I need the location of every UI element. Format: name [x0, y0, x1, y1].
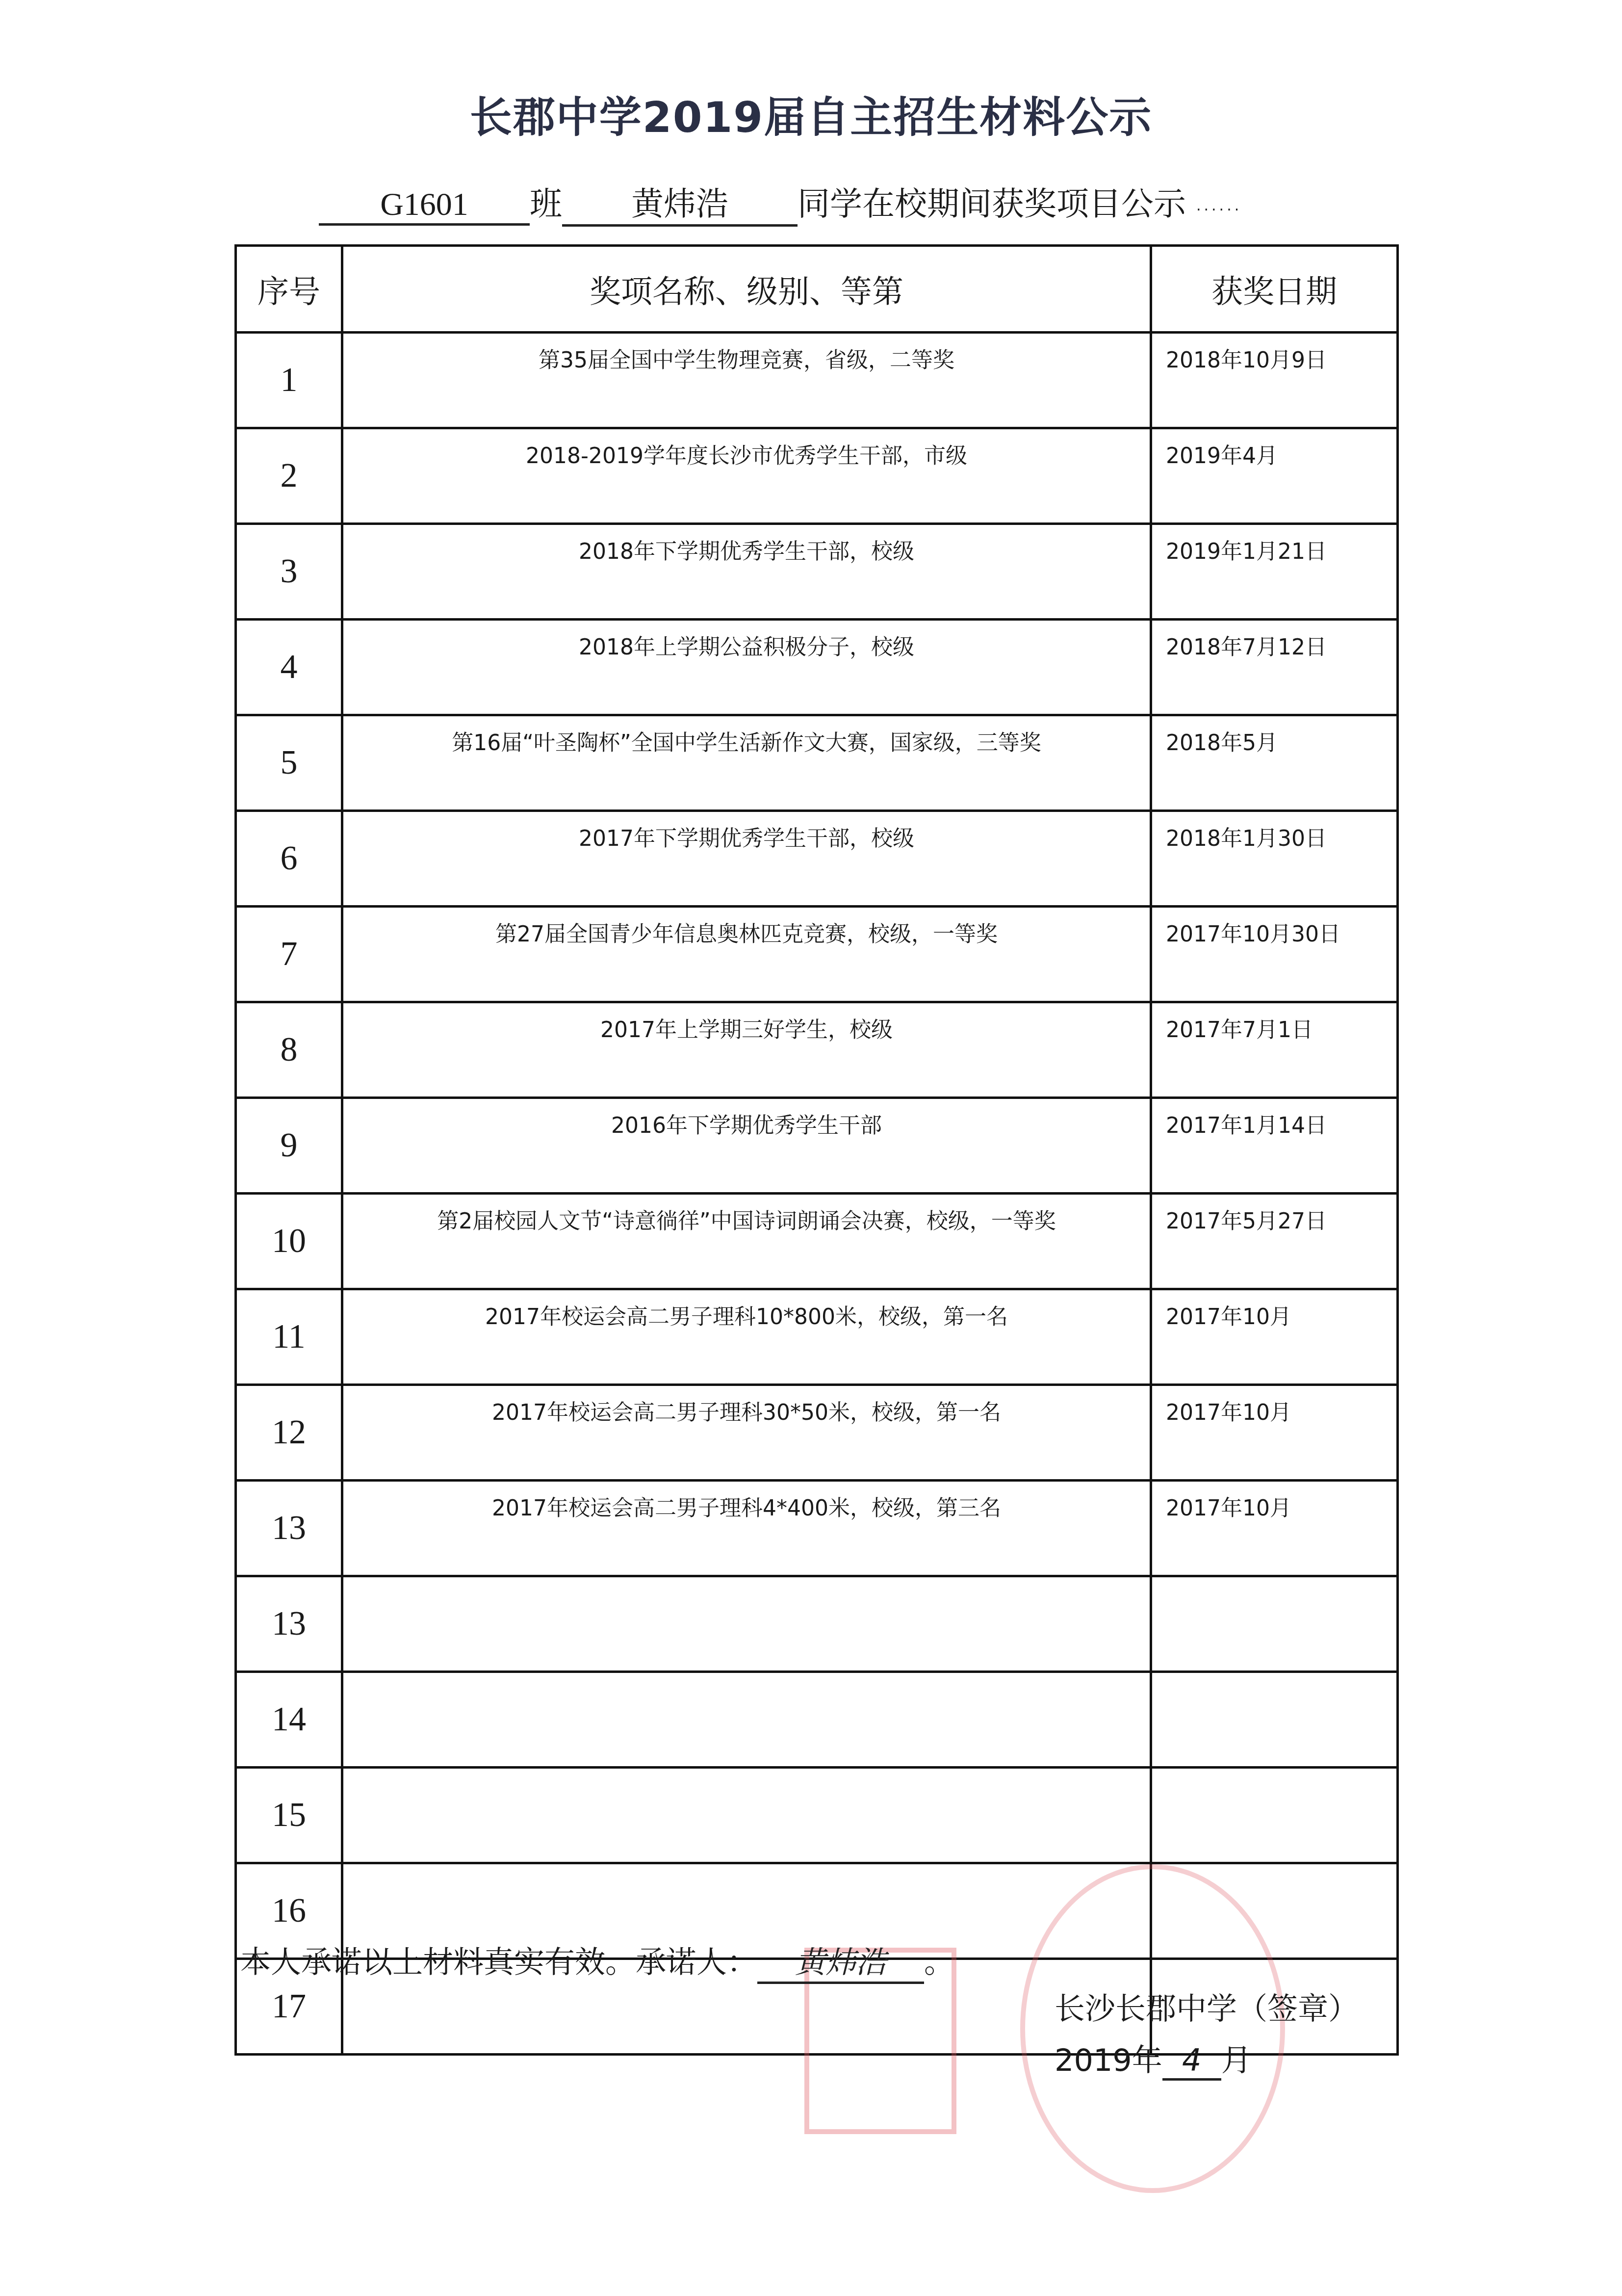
row-number: 1 [236, 333, 342, 428]
row-number: 11 [236, 1289, 342, 1385]
dots: ...... [1196, 197, 1242, 214]
award-name: 2017年校运会高二男子理科10*800米，校级，第一名 [342, 1289, 1151, 1385]
signature: 黄炜浩 [757, 1938, 924, 1984]
row-number: 9 [236, 1098, 342, 1194]
header-number: 序号 [236, 246, 342, 333]
award-date [1151, 1768, 1398, 1863]
award-date: 2018年5月 [1151, 715, 1398, 811]
award-date [1151, 1672, 1398, 1768]
subtitle-suffix: 同学在校期间获奖项目公示 [798, 185, 1186, 223]
table-row: 22018-2019学年度长沙市优秀学生干部，市级2019年4月 [236, 428, 1398, 524]
promise-statement: 本人承诺以上材料真实有效。承诺人：黄炜浩。 [240, 1938, 954, 1984]
row-number: 15 [236, 1768, 342, 1863]
month-suffix: 月 [1221, 2042, 1252, 2078]
award-date [1151, 1576, 1398, 1672]
row-number: 5 [236, 715, 342, 811]
award-date: 2017年10月30日 [1151, 907, 1398, 1002]
promise-text: 本人承诺以上材料真实有效。承诺人： [240, 1944, 757, 1980]
table-row: 132017年校运会高二男子理科4*400米，校级，第三名2017年10月 [236, 1481, 1398, 1576]
award-date: 2017年1月14日 [1151, 1098, 1398, 1194]
promise-end: 。 [924, 1944, 954, 1980]
table-row: 122017年校运会高二男子理科30*50米，校级，第一名2017年10月 [236, 1385, 1398, 1481]
row-number: 4 [236, 620, 342, 715]
table-row: 32018年下学期优秀学生干部，校级2019年1月21日 [236, 524, 1398, 620]
award-name: 第2届校园人文节“诗意徜徉”中国诗词朗诵会决赛，校级，一等奖 [342, 1194, 1151, 1289]
award-name: 2017年上学期三好学生，校级 [342, 1002, 1151, 1098]
award-date: 2018年1月30日 [1151, 811, 1398, 907]
table-row: 10第2届校园人文节“诗意徜徉”中国诗词朗诵会决赛，校级，一等奖2017年5月2… [236, 1194, 1398, 1289]
table-header-row: 序号 奖项名称、级别、等第 获奖日期 [236, 246, 1398, 333]
row-number: 10 [236, 1194, 342, 1289]
award-name: 2016年下学期优秀学生干部 [342, 1098, 1151, 1194]
table-row: 82017年上学期三好学生，校级2017年7月1日 [236, 1002, 1398, 1098]
school-seal [1020, 1864, 1285, 2193]
row-number: 12 [236, 1385, 342, 1481]
award-name [342, 1576, 1151, 1672]
class-suffix: 班 [530, 185, 562, 223]
row-number: 13 [236, 1576, 342, 1672]
header-award: 奖项名称、级别、等第 [342, 246, 1151, 333]
award-date: 2017年7月1日 [1151, 1002, 1398, 1098]
award-name: 2017年下学期优秀学生干部，校级 [342, 811, 1151, 907]
table-row: 62017年下学期优秀学生干部，校级2018年1月30日 [236, 811, 1398, 907]
sign-year: 2019年 [1055, 2042, 1162, 2078]
award-date: 2019年1月21日 [1151, 524, 1398, 620]
row-number: 13 [236, 1481, 342, 1576]
row-number: 8 [236, 1002, 342, 1098]
table-row: 7第27届全国青少年信息奥林匹克竞赛，校级，一等奖2017年10月30日 [236, 907, 1398, 1002]
table-row: 1第35届全国中学生物理竞赛，省级，二等奖2018年10月9日 [236, 333, 1398, 428]
award-date: 2017年10月 [1151, 1385, 1398, 1481]
award-name: 2018-2019学年度长沙市优秀学生干部，市级 [342, 428, 1151, 524]
table-row: 92016年下学期优秀学生干部2017年1月14日 [236, 1098, 1398, 1194]
header-date: 获奖日期 [1151, 246, 1398, 333]
award-name [342, 1672, 1151, 1768]
subtitle: G1601班黄炜浩同学在校期间获奖项目公示 ...... [319, 178, 1242, 227]
student-name-field: 黄炜浩 [562, 178, 798, 227]
table-row: 5第16届“叶圣陶杯”全国中学生活新作文大赛，国家级，三等奖2018年5月 [236, 715, 1398, 811]
table-row: 112017年校运会高二男子理科10*800米，校级，第一名2017年10月 [236, 1289, 1398, 1385]
award-name: 2017年校运会高二男子理科30*50米，校级，第一名 [342, 1385, 1151, 1481]
awards-table: 序号 奖项名称、级别、等第 获奖日期 1第35届全国中学生物理竞赛，省级，二等奖… [234, 244, 1399, 2056]
award-name: 第35届全国中学生物理竞赛，省级，二等奖 [342, 333, 1151, 428]
sign-month: 4 [1162, 2042, 1221, 2081]
row-number: 2 [236, 428, 342, 524]
award-date: 2019年4月 [1151, 428, 1398, 524]
table-row: 15 [236, 1768, 1398, 1863]
award-name: 第27届全国青少年信息奥林匹克竞赛，校级，一等奖 [342, 907, 1151, 1002]
award-date: 2017年5月27日 [1151, 1194, 1398, 1289]
table-row: 42018年上学期公益积极分子，校级2018年7月12日 [236, 620, 1398, 715]
class-field: G1601 [319, 186, 530, 226]
row-number: 7 [236, 907, 342, 1002]
award-date: 2017年10月 [1151, 1481, 1398, 1576]
award-date: 2018年10月9日 [1151, 333, 1398, 428]
table-row: 13 [236, 1576, 1398, 1672]
award-name: 第16届“叶圣陶杯”全国中学生活新作文大赛，国家级，三等奖 [342, 715, 1151, 811]
row-number: 14 [236, 1672, 342, 1768]
award-date: 2017年10月 [1151, 1289, 1398, 1385]
row-number: 3 [236, 524, 342, 620]
award-name: 2018年下学期优秀学生干部，校级 [342, 524, 1151, 620]
award-name: 2018年上学期公益积极分子，校级 [342, 620, 1151, 715]
school-sign-label: 长沙长郡中学（签章） [1055, 1984, 1359, 2028]
award-date: 2018年7月12日 [1151, 620, 1398, 715]
document-title: 长郡中学2019届自主招生材料公示 [0, 83, 1622, 144]
table-row: 14 [236, 1672, 1398, 1768]
award-name [342, 1768, 1151, 1863]
sign-date: 2019年4月 [1055, 2036, 1252, 2081]
row-number: 6 [236, 811, 342, 907]
award-name: 2017年校运会高二男子理科4*400米，校级，第三名 [342, 1481, 1151, 1576]
